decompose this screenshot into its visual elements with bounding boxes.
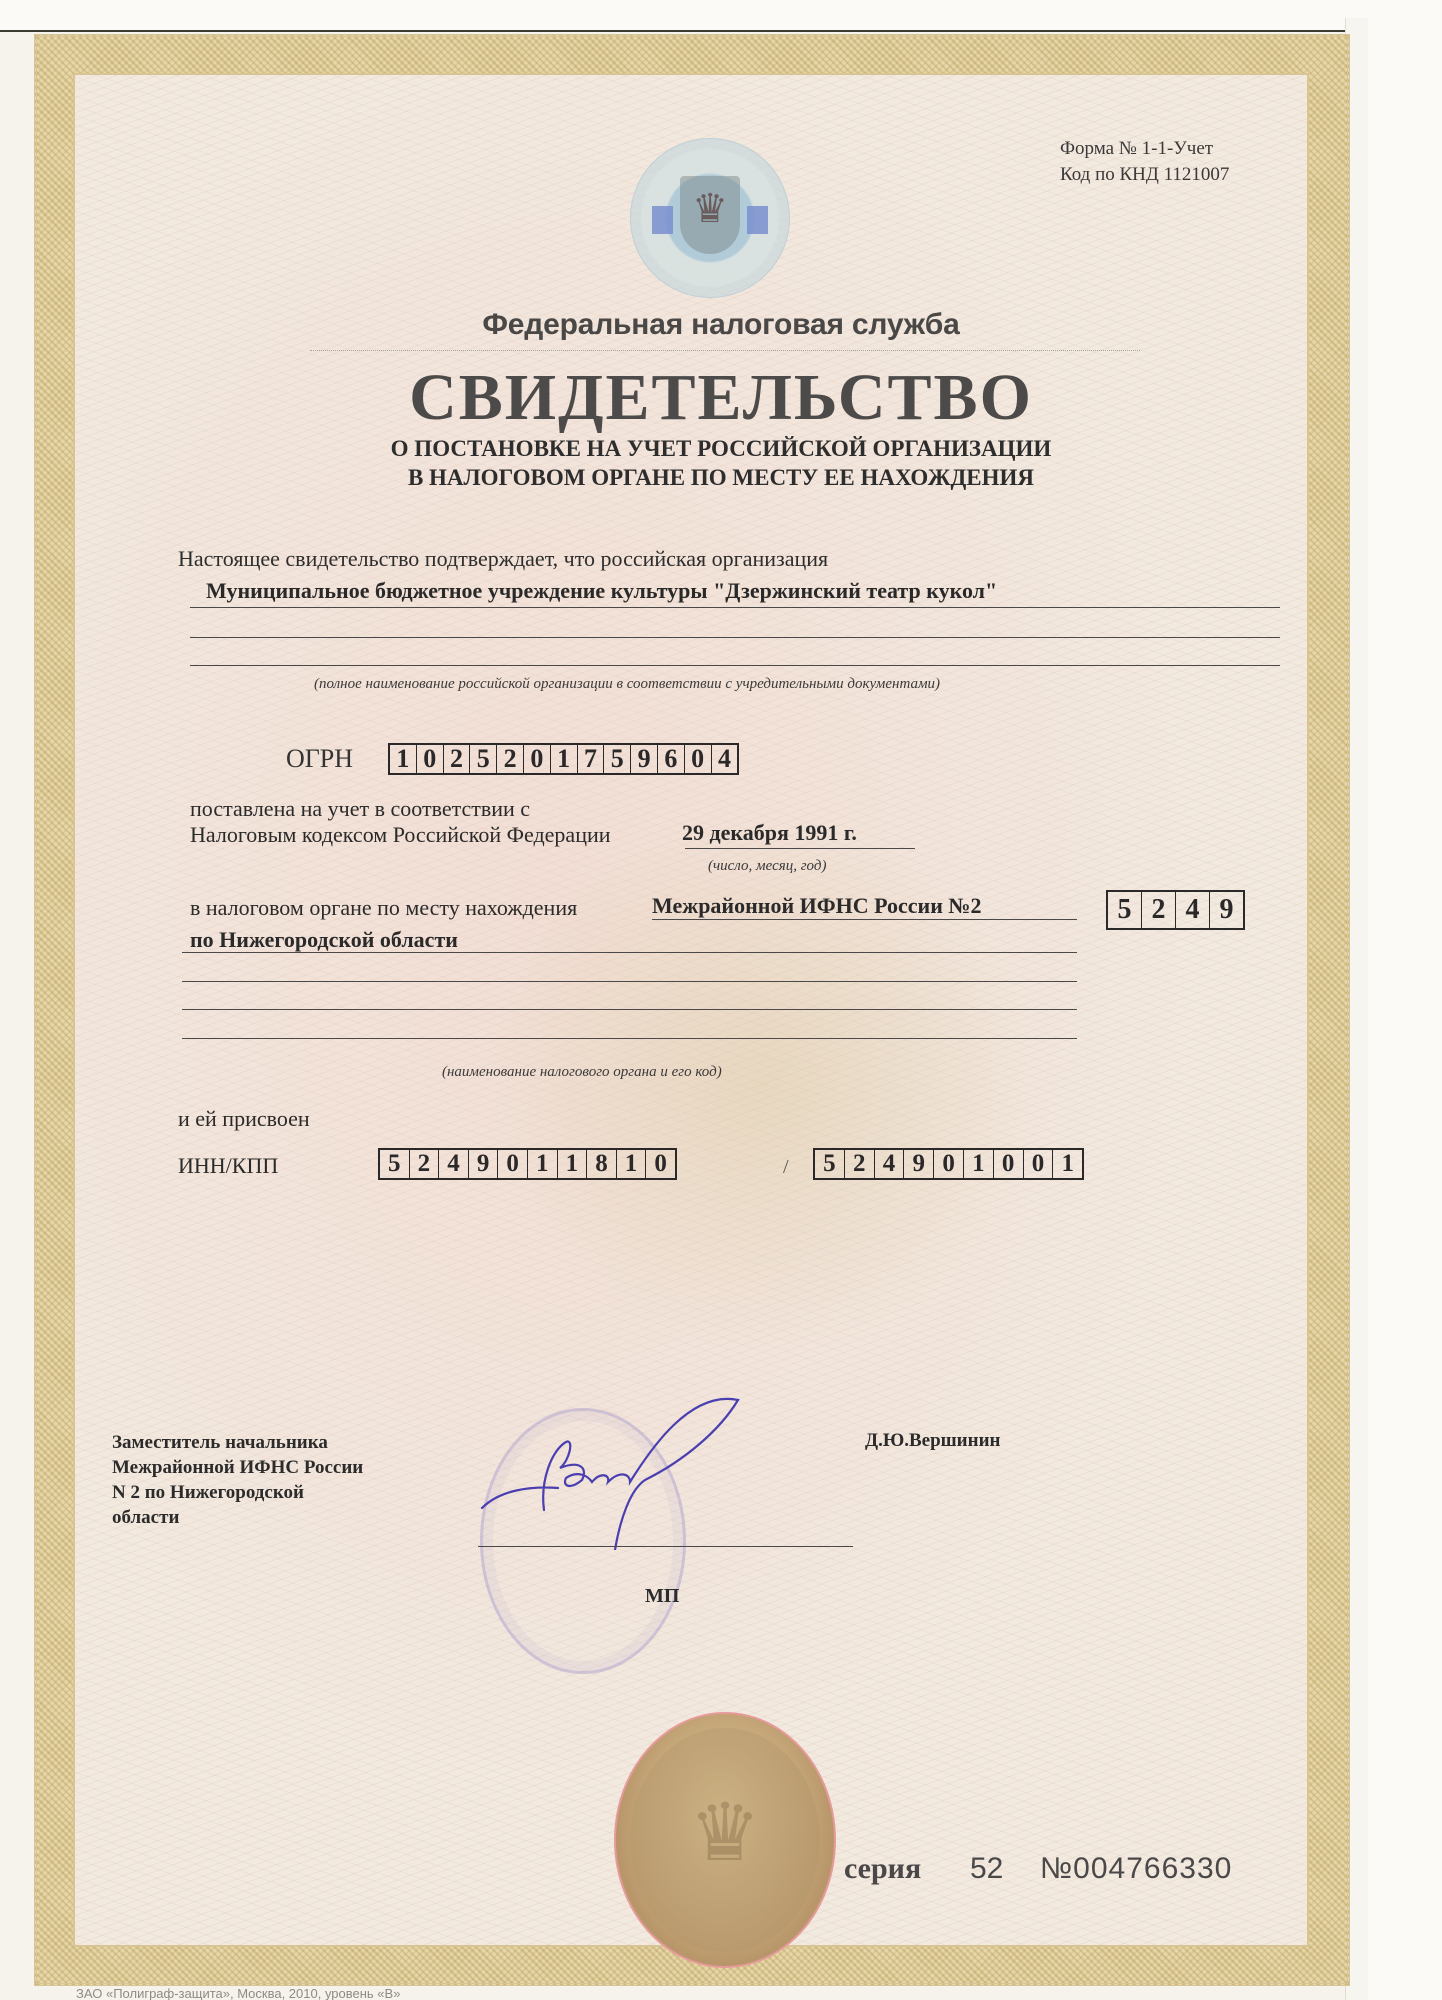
digit-box: 2 xyxy=(1142,892,1176,928)
digit-box: 2 xyxy=(410,1150,440,1178)
handwritten-signature-icon xyxy=(470,1390,770,1550)
digit-box: 0 xyxy=(646,1150,675,1178)
signer-title: Заместитель начальника Межрайонной ИФНС … xyxy=(112,1430,363,1530)
inn-kpp-separator: / xyxy=(783,1156,789,1179)
authority-underline-1 xyxy=(652,919,1077,920)
authority-underline-2 xyxy=(182,952,1077,953)
digit-box: 4 xyxy=(1176,892,1210,928)
digit-box: 2 xyxy=(845,1150,875,1178)
intro-text: Настоящее свидетельство подтверждает, чт… xyxy=(178,546,828,572)
authority-name-line-1: Межрайонной ИФНС России №2 xyxy=(652,893,982,919)
agency-divider xyxy=(310,350,1140,351)
date-underline xyxy=(685,848,915,849)
org-name-line-1 xyxy=(190,607,1280,608)
digit-box: 2 xyxy=(444,745,471,773)
signer-name: Д.Ю.Вершинин xyxy=(865,1430,1000,1452)
digit-box: 1 xyxy=(528,1150,558,1178)
authority-name-line-2: по Нижегородской области xyxy=(190,927,458,953)
authority-underline-3 xyxy=(182,981,1077,982)
digit-box: 4 xyxy=(439,1150,469,1178)
org-name-line-3 xyxy=(190,665,1280,666)
registration-date: 29 декабря 1991 г. xyxy=(682,820,857,846)
signer-title-line: Заместитель начальника xyxy=(112,1430,363,1455)
eagle-icon: ♛ xyxy=(680,186,740,232)
registration-text-1: поставлена на учет в соответствии с xyxy=(190,796,530,822)
digit-box: 1 xyxy=(1053,1150,1082,1178)
digit-box: 1 xyxy=(558,1150,588,1178)
kpp-digit-boxes: 524901001 xyxy=(813,1148,1084,1180)
form-number-block: Форма № 1-1-Учет Код по КНД 1121007 xyxy=(1060,136,1229,188)
org-name-line-2 xyxy=(190,637,1280,638)
digit-box: 1 xyxy=(964,1150,994,1178)
subtitle-line-1: О ПОСТАНОВКЕ НА УЧЕТ РОССИЙСКОЙ ОРГАНИЗА… xyxy=(0,434,1442,463)
authority-code-boxes: 5249 xyxy=(1106,890,1245,930)
digit-box: 0 xyxy=(934,1150,964,1178)
document-title: СВИДЕТЕЛЬСТВО xyxy=(0,360,1442,436)
certificate-field xyxy=(73,73,1309,1947)
organization-name: Муниципальное бюджетное учреждение культ… xyxy=(206,578,997,604)
hologram-coat-of-arms-icon: ♛ xyxy=(630,138,790,298)
assigned-text: и ей присвоен xyxy=(178,1106,310,1132)
ogrn-label: ОГРН xyxy=(286,744,353,774)
digit-box: 5 xyxy=(815,1150,845,1178)
knd-code: Код по КНД 1121007 xyxy=(1060,162,1229,188)
document-subtitle: О ПОСТАНОВКЕ НА УЧЕТ РОССИЙСКОЙ ОРГАНИЗА… xyxy=(0,434,1442,492)
signature-line xyxy=(478,1546,853,1547)
digit-box: 9 xyxy=(904,1150,934,1178)
digit-box: 0 xyxy=(417,745,444,773)
signer-title-line: Межрайонной ИФНС России xyxy=(112,1455,363,1480)
series-label: серия xyxy=(844,1852,921,1886)
digit-box: 5 xyxy=(1108,892,1142,928)
seal-place-label: МП xyxy=(645,1585,679,1608)
digit-box: 4 xyxy=(712,745,738,773)
digit-box: 0 xyxy=(685,745,712,773)
digit-box: 5 xyxy=(470,745,497,773)
authority-underline-5 xyxy=(182,1038,1077,1039)
signer-title-line: N 2 по Нижегородской xyxy=(112,1480,363,1505)
digit-box: 1 xyxy=(551,745,578,773)
series-value: 52 xyxy=(970,1852,1003,1886)
signer-title-line: области xyxy=(112,1505,363,1530)
digit-box: 0 xyxy=(498,1150,528,1178)
authority-underline-4 xyxy=(182,1009,1077,1010)
form-number: Форма № 1-1-Учет xyxy=(1060,136,1229,162)
authority-prefix: в налоговом органе по месту нахождения xyxy=(190,895,577,921)
digit-box: 5 xyxy=(604,745,631,773)
ogrn-digit-boxes: 1025201759604 xyxy=(388,743,739,775)
inn-kpp-label: ИНН/КПП xyxy=(178,1153,278,1179)
agency-name: Федеральная налоговая служба xyxy=(0,308,1442,342)
digit-box: 1 xyxy=(617,1150,647,1178)
digit-box: 0 xyxy=(994,1150,1024,1178)
inn-digit-boxes: 5249011810 xyxy=(378,1148,677,1180)
digit-box: 0 xyxy=(524,745,551,773)
registration-text-2: Налоговым кодексом Российской Федерации xyxy=(190,822,611,848)
digit-box: 2 xyxy=(497,745,524,773)
digit-box: 7 xyxy=(578,745,605,773)
subtitle-line-2: В НАЛОГОВОМ ОРГАНЕ ПО МЕСТУ ЕЕ НАХОЖДЕНИ… xyxy=(0,463,1442,492)
digit-box: 9 xyxy=(631,745,658,773)
digit-box: 1 xyxy=(390,745,417,773)
digit-box: 6 xyxy=(658,745,685,773)
org-name-caption: (полное наименование российской организа… xyxy=(314,676,940,693)
digit-box: 8 xyxy=(587,1150,617,1178)
embossed-eagle-icon: ♛ xyxy=(616,1786,834,1879)
digit-box: 4 xyxy=(875,1150,905,1178)
date-caption: (число, месяц, год) xyxy=(708,858,826,875)
digit-box: 9 xyxy=(1210,892,1243,928)
digit-box: 9 xyxy=(469,1150,499,1178)
digit-box: 0 xyxy=(1024,1150,1054,1178)
printer-imprint: ЗАО «Полиграф-защита», Москва, 2010, уро… xyxy=(76,1986,400,2000)
authority-caption: (наименование налогового органа и его ко… xyxy=(442,1064,722,1081)
digit-box: 5 xyxy=(380,1150,410,1178)
serial-number: №004766330 xyxy=(1040,1852,1232,1886)
gold-seal-coat-of-arms-icon: ♛ xyxy=(614,1712,836,1968)
